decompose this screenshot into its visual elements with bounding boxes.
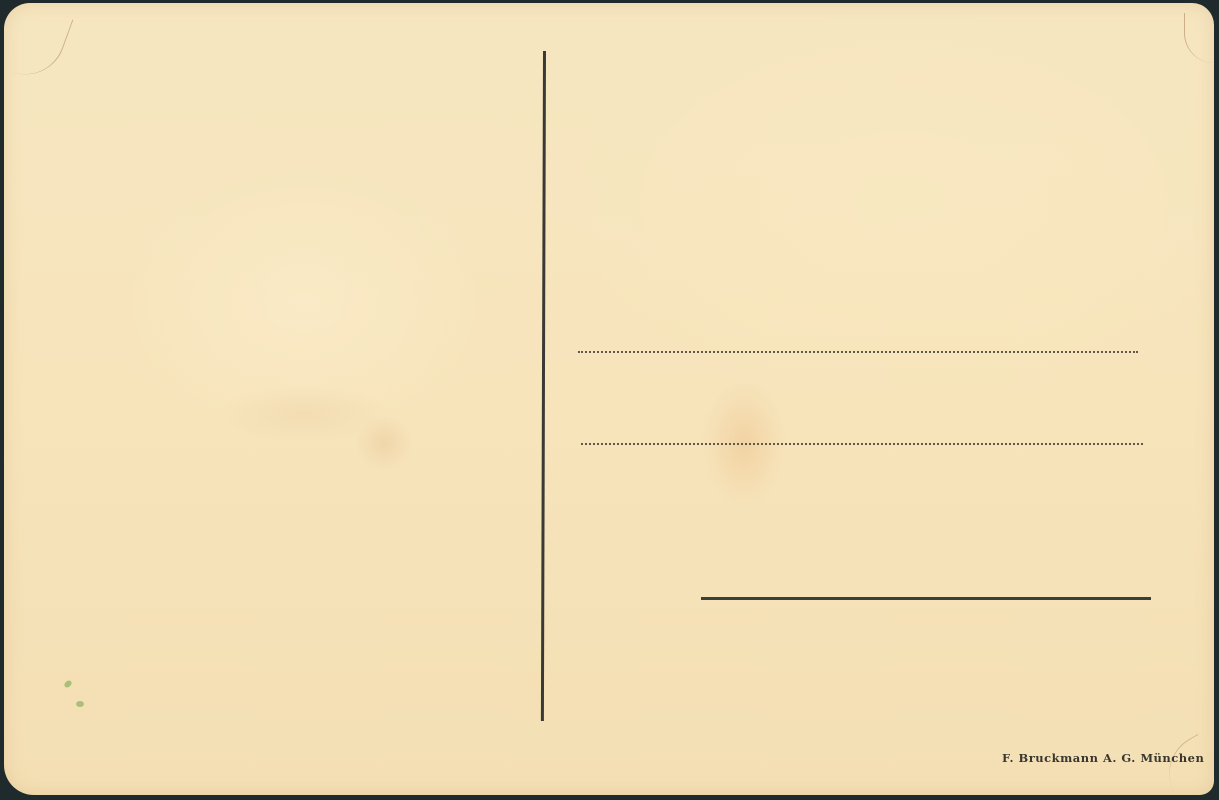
- address-line-3: [701, 597, 1151, 600]
- address-line-2: [581, 443, 1143, 445]
- message-address-divider: [541, 51, 546, 721]
- corner-crease-top-right: [1184, 13, 1215, 63]
- postcard-back: F. Bruckmann A. G. München: [4, 3, 1214, 795]
- corner-crease-bottom-right: [1155, 734, 1219, 800]
- stain-mark: [76, 701, 84, 707]
- publisher-imprint: F. Bruckmann A. G. München: [1002, 751, 1204, 765]
- stain-mark: [63, 679, 73, 689]
- corner-crease-top-left: [2, 2, 74, 85]
- address-line-1: [578, 351, 1138, 353]
